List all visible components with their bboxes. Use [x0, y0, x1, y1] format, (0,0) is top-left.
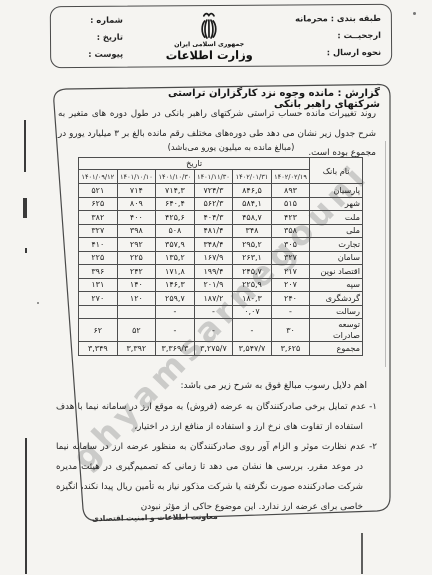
- balance-value-cell: ۷۱۴: [117, 184, 156, 198]
- iran-emblem-icon: [192, 11, 226, 41]
- date-column-header: ۱۴۰۱/۱۰/۳۰: [156, 170, 195, 184]
- balance-value-cell: ۳,۶۲۵: [271, 342, 310, 356]
- balance-value-cell: ۳۴۸: [233, 224, 272, 238]
- scan-speck-mid-left: [37, 302, 39, 304]
- balance-value-cell: ۷۱۴,۳: [156, 184, 195, 198]
- reasons-heading: اهم دلایل رسوب مبالغ فوق به شرح زیر می ب…: [180, 381, 367, 391]
- balance-value-cell: -: [156, 319, 195, 342]
- balance-value-cell: -: [233, 319, 272, 342]
- balance-value-cell: ۳۸۲: [79, 211, 118, 225]
- reason-item: ۱- عدم تمایل برخی صادرکنندگان به عرضه (ف…: [56, 397, 377, 437]
- bank-name-cell: رسالت: [310, 305, 363, 319]
- balance-value-cell: ۱۳۱: [79, 278, 118, 292]
- reasons-list: ۱- عدم تمایل برخی صادرکنندگان به عرضه (ف…: [56, 397, 377, 517]
- unit-note: (مبالغ مانده به میلیون یورو می‌باشد): [150, 142, 312, 152]
- scan-artifact-left-4: [25, 438, 27, 574]
- date-column-header: ۱۴۰۱/۰۹/۱۲: [79, 170, 118, 184]
- balance-value-cell: ۲۱۷: [271, 265, 310, 279]
- balance-value-cell: -: [271, 305, 310, 319]
- priority-label: ارجحیــت :: [295, 28, 381, 43]
- balance-value-cell: ۲۰۱/۹: [194, 278, 233, 292]
- balance-value-cell: ۲۹۲: [117, 238, 156, 252]
- balance-value-cell: ۳۵۸: [271, 224, 310, 238]
- balance-value-cell: ۶۲۵: [79, 197, 118, 211]
- balance-value-cell: ۳۰: [271, 319, 310, 342]
- balance-value-cell: ۲۶۳,۱: [233, 251, 272, 265]
- balance-value-cell: ۱۲۰: [117, 292, 156, 306]
- scan-artifact-left-1: [24, 120, 26, 172]
- attachment-label: پیوست :: [61, 47, 123, 61]
- table-row: گردشگری۲۴۰۱۸۰,۳۱۸۷/۲۲۵۹,۷۱۲۰۲۷۰: [79, 292, 363, 306]
- balance-value-cell: ۴۲۳: [271, 211, 310, 225]
- balance-value-cell: ۲۹۵,۲: [233, 238, 272, 252]
- table-row: مجموع۳,۶۲۵۳,۵۴۷/۷۳,۲۷۵/۷۳,۳۶۹/۳۳,۳۹۲۳,۳۴…: [79, 342, 363, 356]
- letterhead-center: جمهوری اسلامی ایران وزارت اطلاعات: [165, 11, 253, 65]
- bank-name-cell: تجارت: [310, 238, 363, 252]
- bank-name-cell: پارسیان: [310, 184, 363, 198]
- balance-value-cell: ۴۵۸,۷: [233, 211, 272, 225]
- balance-value-cell: ۳۲۷: [79, 224, 118, 238]
- balance-value-cell: ۳۴۸/۴: [194, 238, 233, 252]
- scan-fold-line: [385, 141, 386, 367]
- balance-value-cell: ۲۴۲: [117, 265, 156, 279]
- table-row: توسعه صادرات۳۰---۵۲۶۲: [79, 319, 363, 342]
- balance-value-cell: ۳۰۵: [271, 238, 310, 252]
- balance-value-cell: ۳,۲۷۵/۷: [194, 342, 233, 356]
- letterhead-left-fields: شماره : تاریخ : پیوست :: [61, 13, 123, 65]
- table-row: سامان۳۲۷۲۶۳,۱۱۶۷/۹۱۳۵,۲۲۲۵۲۲۵: [79, 251, 363, 265]
- balance-value-cell: ۱۹۹/۴: [194, 265, 233, 279]
- balance-value-cell: ۴۰۴/۳: [194, 211, 233, 225]
- balance-value-cell: ۱۷۱,۸: [156, 265, 195, 279]
- balance-value-cell: ۳۵۷,۹: [156, 238, 195, 252]
- balance-value-cell: ۳,۳۹۲: [117, 342, 156, 356]
- table-row: سپه۲۰۷۲۲۵,۹۲۰۱/۹۱۴۶,۳۱۴۰۱۳۱: [79, 278, 363, 292]
- bank-name-cell: سپه: [310, 278, 363, 292]
- balance-value-cell: ۳,۳۴۹: [79, 342, 118, 356]
- balance-value-cell: [79, 305, 118, 319]
- balance-value-cell: ۵۱۵: [271, 197, 310, 211]
- balance-value-cell: ۱۸۰,۳: [233, 292, 272, 306]
- balance-value-cell: ۴۱۰: [79, 238, 118, 252]
- balance-value-cell: ۴۰۰: [117, 211, 156, 225]
- date-column-header: ۱۴۰۲/۰۱/۳۱: [233, 170, 272, 184]
- bank-name-cell: شهر: [310, 197, 363, 211]
- table-row: ملی۳۵۸۳۴۸۴۸۱/۴۵۰۸۳۹۸۳۲۷: [79, 224, 363, 238]
- balance-value-cell: ۵۶۲/۳: [194, 197, 233, 211]
- balance-value-cell: ۵۸۴,۱: [233, 197, 272, 211]
- number-label: شماره :: [61, 13, 123, 27]
- classification-label: طبقه بندی : محرمانه: [295, 11, 381, 26]
- balance-value-cell: ۶۴۰,۴: [156, 197, 195, 211]
- table-row: رسالت-۰,۰۷--: [79, 305, 363, 319]
- balance-value-cell: ۶۲: [79, 319, 118, 342]
- balance-value-cell: ۵۲۱: [79, 184, 118, 198]
- date-column-header: ۱۴۰۲/۰۲/۱۹: [271, 170, 310, 184]
- balance-value-cell: ۳,۳۶۹/۳: [156, 342, 195, 356]
- bank-name-cell: گردشگری: [310, 292, 363, 306]
- balance-value-cell: ۴۸۱/۴: [194, 224, 233, 238]
- bank-name-cell: مجموع: [310, 342, 363, 356]
- balance-value-cell: ۱۴۶,۳: [156, 278, 195, 292]
- ministry-name: وزارت اطلاعات: [166, 48, 253, 63]
- bank-name-cell: ملی: [310, 224, 363, 238]
- date-column-header: ۱۴۰۱/۱۰/۱۰: [117, 170, 156, 184]
- balance-value-cell: ۱۴۰: [117, 278, 156, 292]
- balance-value-cell: ۲۴۰: [271, 292, 310, 306]
- balance-value-cell: ۱۳۵,۲: [156, 251, 195, 265]
- bank-name-cell: ملت: [310, 211, 363, 225]
- scanned-document-page: ghyamsarnegouni طبقه بندی : محرمانه ارجح…: [0, 0, 432, 575]
- balance-value-cell: ۲۲۵: [79, 251, 118, 265]
- date-group-header: تاریخ: [79, 158, 310, 170]
- bank-name-cell: توسعه صادرات: [310, 319, 363, 342]
- balance-value-cell: ۵۲: [117, 319, 156, 342]
- balance-value-cell: ۲۷۰: [79, 292, 118, 306]
- balance-value-cell: ۲۴۵,۷: [233, 265, 272, 279]
- balance-value-cell: ۲۵۹,۷: [156, 292, 195, 306]
- balance-value-cell: -: [194, 319, 233, 342]
- balance-value-cell: ۸۴۶,۵: [233, 184, 272, 198]
- intro-paragraph: روند تغییرات مانده حساب تراستی شرکتهای ر…: [58, 105, 376, 164]
- table-row: شهر۵۱۵۵۸۴,۱۵۶۲/۳۶۴۰,۴۸۰۹۶۲۵: [79, 197, 363, 211]
- balance-value-cell: ۳۹۸: [117, 224, 156, 238]
- table-row: تجارت۳۰۵۲۹۵,۲۳۴۸/۴۳۵۷,۹۲۹۲۴۱۰: [79, 238, 363, 252]
- balance-value-cell: [117, 305, 156, 319]
- letterhead-right-fields: طبقه بندی : محرمانه ارجحیــت : نحوه ارسا…: [295, 11, 381, 64]
- balance-value-cell: ۸۰۹: [117, 197, 156, 211]
- table-row: ملت۴۲۳۴۵۸,۷۴۰۴/۳۴۲۵,۶۴۰۰۳۸۲: [79, 211, 363, 225]
- balance-value-cell: ۱۸۷/۲: [194, 292, 233, 306]
- date-column-header: ۱۴۰۱/۱۱/۳۰: [194, 170, 233, 184]
- scan-artifact-bottom-right: [361, 533, 363, 574]
- balance-value-cell: ۳۲۷: [271, 251, 310, 265]
- scan-artifact-left-2: [23, 198, 27, 218]
- bank-name-cell: اقتصاد نوین: [310, 265, 363, 279]
- dispatch-method-label: نحوه ارسال :: [295, 45, 381, 60]
- reason-item: ۲- عدم نظارت موثر و الزام آور روی صادرکن…: [56, 437, 377, 517]
- scan-artifact-left-3: [25, 248, 27, 253]
- balance-value-cell: ۷۲۴/۳: [194, 184, 233, 198]
- balance-value-cell: ۸۹۳: [271, 184, 310, 198]
- balance-value-cell: ۲۲۵,۹: [233, 278, 272, 292]
- table-row: اقتصاد نوین۲۱۷۲۴۵,۷۱۹۹/۴۱۷۱,۸۲۴۲۳۹۶: [79, 265, 363, 279]
- balances-table: نام بانکتاریخ۱۴۰۲/۰۲/۱۹۱۴۰۲/۰۱/۳۱۱۴۰۱/۱۱…: [78, 157, 363, 356]
- balance-value-cell: ۰,۰۷: [233, 305, 272, 319]
- letterhead-box: طبقه بندی : محرمانه ارجحیــت : نحوه ارسا…: [50, 4, 392, 68]
- balance-value-cell: ۵۰۸: [156, 224, 195, 238]
- scan-speck-top-right: [413, 12, 416, 15]
- balance-value-cell: ۲۰۷: [271, 278, 310, 292]
- table-row: پارسیان۸۹۳۸۴۶,۵۷۲۴/۳۷۱۴,۳۷۱۴۵۲۱: [79, 184, 363, 198]
- balance-value-cell: -: [156, 305, 195, 319]
- table-header-row: نام بانکتاریخ: [79, 158, 363, 170]
- bank-column-header: نام بانک: [310, 158, 363, 184]
- signature-text: معاونت اطلاعات و امنیت اقتصادی: [92, 512, 218, 523]
- balance-value-cell: -: [194, 305, 233, 319]
- balance-value-cell: ۴۲۵,۶: [156, 211, 195, 225]
- bank-name-cell: سامان: [310, 251, 363, 265]
- balance-value-cell: ۳,۵۴۷/۷: [233, 342, 272, 356]
- balance-value-cell: ۳۹۶: [79, 265, 118, 279]
- balance-value-cell: ۱۶۷/۹: [194, 251, 233, 265]
- balance-value-cell: ۲۲۵: [117, 251, 156, 265]
- date-label: تاریخ :: [61, 30, 123, 44]
